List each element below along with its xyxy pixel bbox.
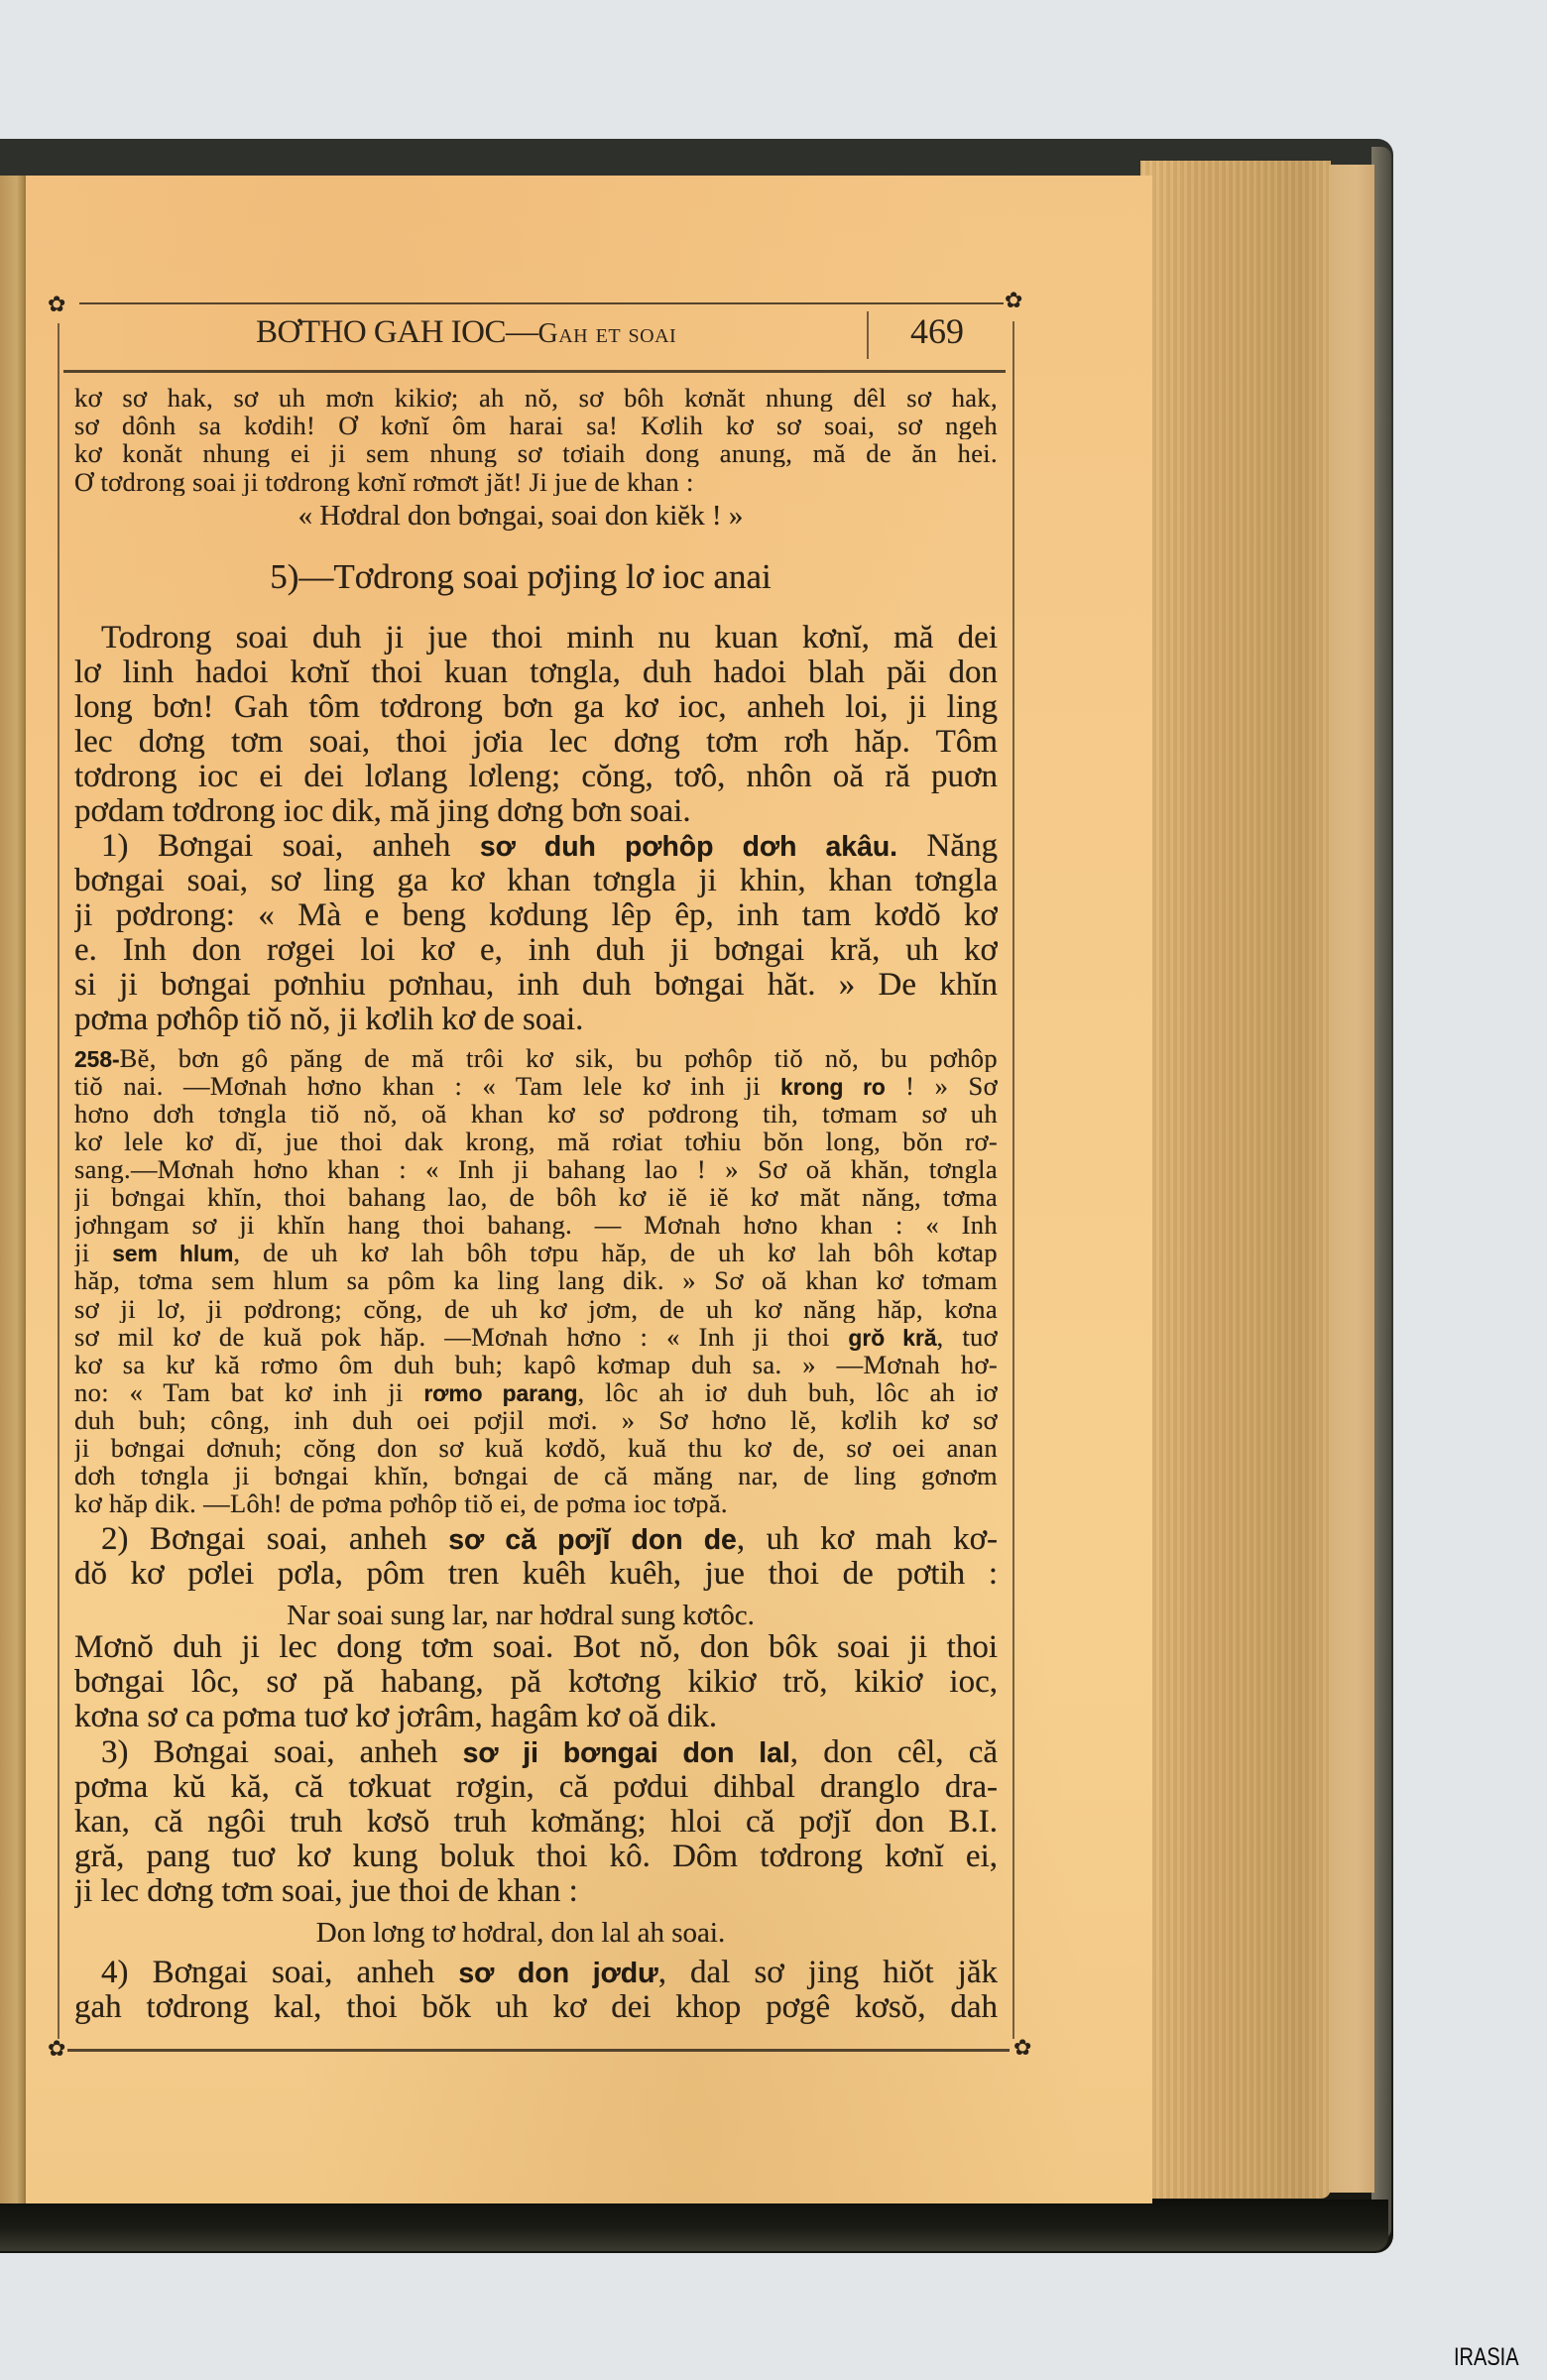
text-line: bơngai soai, sơ ling ga kơ khan tơngla j… — [74, 864, 998, 898]
text-line: 3) Bơngai soai, anheh sơ ji bơngai don l… — [74, 1735, 998, 1770]
text-line: sơ dônh sa kơdih! Ơ kơnĭ ôm harai sa! Kơ… — [74, 412, 998, 439]
text-line: lơ linh hadoi kơnĭ thoi kuan tơngla, duh… — [74, 655, 998, 690]
text-segment: 4) Bơngai soai, anheh — [101, 1956, 458, 1990]
page-gutter — [0, 176, 26, 2203]
text-line: kơna sơ ca pơma tuơ kơ jơrâm, hagâm kơ o… — [74, 1700, 998, 1734]
text-line: pơdam tơdrong ioc dik, mă jing dơng bơn … — [74, 794, 998, 829]
text-line: kơ sa kư kă rơmo ôm duh buh; kapô kơmap … — [74, 1351, 998, 1378]
text-segment: Năng — [897, 829, 998, 864]
text-line: dơh tơngla ji bơngai khĭn, bơngai de că … — [74, 1462, 998, 1489]
text-line: kan, că ngôi truh kơsŏ truh kơmăng; hloi… — [74, 1805, 998, 1840]
text-line: ji pơdrong: « Mà e beng kơdung lêp êp, i… — [74, 898, 998, 933]
text-line: ji sem hlum, de uh kơ lah bôh tơpu hăp, … — [74, 1239, 998, 1266]
footer-rule — [67, 2049, 1010, 2052]
text-segment: 1) Bơngai soai, anheh — [101, 829, 480, 864]
text-segment: , dal sơ jing hiŏt jăk — [658, 1956, 998, 1990]
header-bottom-rule — [63, 370, 1006, 373]
section-heading: 5)—Tơdrong soai pơjing lơ ioc anai — [59, 556, 982, 598]
text-line: jơhngam sơ ji khĭn hang thoi bahang. — M… — [74, 1211, 998, 1239]
text-line: ji bơngai dơnuh; cŏng don sơ kuă kơdŏ, k… — [74, 1434, 998, 1462]
emphasis: sơ duh pơhôp dơh akâu. — [480, 831, 897, 863]
proverb: Nar soai sung lar, nar hơdral sung kơtôc… — [59, 1599, 982, 1632]
right-margin-rule — [1012, 321, 1014, 2039]
text-line: 4) Bơngai soai, anheh sơ don jơdư, dal s… — [74, 1956, 998, 1990]
text-segment: , don cêl, că — [790, 1735, 998, 1770]
text-segment: ! » Sơ — [886, 1072, 998, 1100]
text-line: kơ hăp dik. —Lôh! de pơma pơhôp tiŏ ei, … — [74, 1489, 998, 1517]
text-segment: sơ mil kơ de kuă pok hăp. —Mơnah hơno : … — [74, 1323, 848, 1351]
watermark: IRASIA — [1454, 2342, 1519, 2372]
text-line: dŏ kơ pơlei pơla, pôm tren kuêh kuêh, ju… — [74, 1557, 998, 1592]
emphasis: sơ don jơdư — [458, 1958, 657, 1989]
text-line: ji lec dơng tơm soai, jue thoi de khan : — [74, 1874, 998, 1909]
text-segment: , de uh kơ lah bôh tơpu hăp, de uh kơ la… — [233, 1239, 998, 1266]
text-line: Ơ tơdrong soai ji tơdrong kơnĭ rơmơt jăt… — [74, 468, 998, 496]
text-line: hăp, tơma sem hlum sa pôm ka ling lang d… — [74, 1266, 998, 1294]
ornament-icon: ✿ — [1013, 2038, 1031, 2060]
ornament-icon: ✿ — [48, 295, 65, 316]
text-line: kơ sơ hak, sơ uh mơn kikiơ; ah nŏ, sơ bô… — [74, 384, 998, 412]
text-line: hơno dơh tơngla tiŏ nŏ, oă khan kơ sơ pơ… — [74, 1100, 998, 1128]
text-segment: 3) Bơngai soai, anheh — [101, 1735, 463, 1770]
text-line: Todrong soai duh ji jue thoi minh nu kua… — [74, 621, 998, 655]
emphasis: sem hlum — [112, 1241, 233, 1266]
ornament-icon: ✿ — [48, 2039, 65, 2061]
text-line: Mơnŏ duh ji lec dong tơm soai. Bot nŏ, d… — [74, 1630, 998, 1665]
text-segment: , lôc ah iơ duh buh, lôc ah iơ — [578, 1378, 998, 1406]
text-line: ji bơngai khĭn, thoi bahang lao, de bôh … — [74, 1183, 998, 1211]
text-segment: tiŏ nai. —Mơnah hơno khan : « Tam lele k… — [74, 1072, 780, 1100]
running-head: BƠTHO GAH IOC—Gah et soai — [256, 310, 676, 356]
text-line: gră, pang tuơ kơ kung boluk thoi kô. Dôm… — [74, 1840, 998, 1874]
text-line: sang.—Mơnah hơno khan : « Inh ji bahang … — [74, 1155, 998, 1183]
header-divider — [867, 311, 869, 359]
text-line: 1) Bơngai soai, anheh sơ duh pơhôp dơh a… — [74, 829, 998, 864]
text-line: long bơn! Gah tôm tơdrong bơn ga kơ ioc,… — [74, 690, 998, 725]
proverb: « Hơdral don bơngai, soai don kiĕk ! » — [59, 499, 982, 533]
text-line: no: « Tam bat kơ inh ji rơmo parang, lôc… — [74, 1378, 998, 1406]
running-head-title: BƠTHO GAH IOC— — [256, 314, 538, 350]
book-cover-edge — [1371, 147, 1391, 2239]
emphasis: krong ro — [780, 1074, 886, 1100]
emphasis: sơ ji bơngai don lal — [463, 1737, 790, 1769]
text-segment: , tuơ — [937, 1323, 998, 1351]
text-line: tơdrong ioc ei dei lơlang lơleng; cŏng, … — [74, 760, 998, 794]
text-line: e. Inh don rơgei loi kơ e, inh duh ji bơ… — [74, 933, 998, 968]
page-number: 469 — [910, 308, 964, 354]
text-segment: no: « Tam bat kơ inh ji — [74, 1378, 423, 1406]
text-line: kơ lele kơ dĭ, jue thoi dak krong, mă rơ… — [74, 1128, 998, 1155]
running-head-subtitle: Gah et soai — [538, 318, 677, 349]
text-line: 2) Bơngai soai, anheh sơ că pơjĭ don de,… — [74, 1522, 998, 1557]
header-top-rule — [79, 302, 1004, 304]
text-segment: ji — [74, 1239, 112, 1266]
page-stack — [1140, 161, 1331, 2199]
emphasis: grŏ kră — [848, 1325, 936, 1351]
text-segment: 2) Bơngai soai, anheh — [101, 1522, 448, 1557]
text-line: sơ ji lơ, ji pơdrong; cŏng, de uh kơ jơm… — [74, 1295, 998, 1323]
text-segment: , uh kơ mah kơ- — [737, 1522, 998, 1557]
text-segment: Bĕ, bơn gô păng de mă trôi kơ sik, bu pơ… — [120, 1044, 998, 1072]
text-line: sơ mil kơ de kuă pok hăp. —Mơnah hơno : … — [74, 1323, 998, 1351]
example-number: 258- — [74, 1046, 120, 1072]
text-line: si ji bơngai pơnhiu pơnhau, inh duh bơng… — [74, 968, 998, 1003]
text-line: tiŏ nai. —Mơnah hơno khan : « Tam lele k… — [74, 1072, 998, 1100]
endpaper — [1329, 165, 1374, 2193]
text-line: kơ konăt nhung ei ji sem nhung sơ tơiaih… — [74, 439, 998, 467]
text-line: bơngai lôc, sơ pă habang, pă kơtơng kiki… — [74, 1665, 998, 1700]
text-line: pơma kŭ kă, că tơkuat rơgin, că pơdui di… — [74, 1770, 998, 1805]
text-line: pơma pơhôp tiŏ nŏ, ji kơlih kơ de soai. — [74, 1003, 998, 1037]
book-cover-bottom — [0, 2200, 1388, 2251]
text-line: lec dơng tơm soai, thoi jơia lec dơng tơ… — [74, 725, 998, 760]
text-line: gah tơdrong kal, thoi bŏk uh kơ dei khop… — [74, 1990, 998, 2025]
proverb: Don lơng tơ hơdral, don lal ah soai. — [59, 1916, 982, 1950]
text-line: duh buh; công, inh duh oei pơjil mơi. » … — [74, 1406, 998, 1434]
text-line: 258-Bĕ, bơn gô păng de mă trôi kơ sik, b… — [74, 1044, 998, 1072]
ornament-icon: ✿ — [1005, 291, 1022, 312]
emphasis: sơ că pơjĭ don de — [448, 1524, 737, 1556]
emphasis: rơmo parang — [423, 1380, 577, 1406]
